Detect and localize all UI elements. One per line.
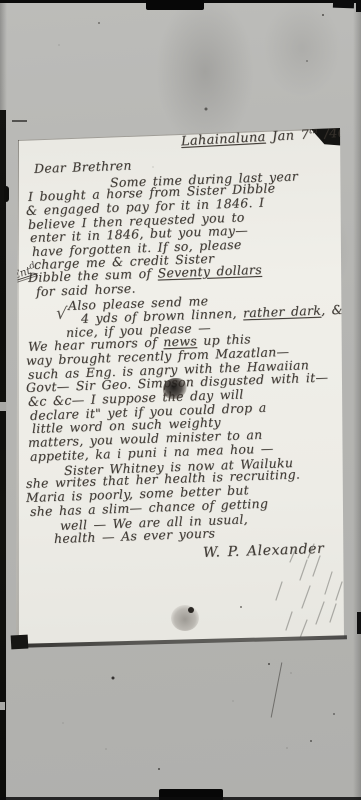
letter-dateline: Lahainaluna Jan 7th /46: [181, 125, 347, 148]
film-edge-bump: [4, 186, 9, 202]
film-corner-tick: [12, 120, 27, 122]
paper-left-edge-shadow: [16, 138, 19, 650]
ink-blot-dot: [188, 607, 194, 613]
letter-page: Lahainaluna Jan 7th /46Dear BrethrenSome…: [12, 124, 350, 652]
ink-blot-faint: [171, 605, 199, 631]
paper-bottom-corner-blob: [11, 635, 29, 650]
letter-line: health — As ever yours: [54, 527, 216, 545]
film-splice-tab-top: [146, 0, 204, 10]
check-mark: √: [55, 303, 68, 324]
film-notch-right: [357, 612, 361, 634]
film-edge-strip-left: [0, 110, 6, 800]
letter-line: Dear Brethren: [34, 160, 132, 176]
film-edge-gap: [0, 702, 5, 710]
microfilm-frame: Lahainaluna Jan 7th /46Dear BrethrenSome…: [0, 0, 361, 800]
paper-specks: [12, 124, 14, 126]
film-scratch-line: [271, 662, 283, 717]
film-mark-right-edge: [356, 0, 361, 12]
film-edge-gap: [0, 402, 6, 411]
film-mark-top-right: [333, 0, 354, 8]
ghost-writing-bleedthrough: [252, 542, 352, 642]
